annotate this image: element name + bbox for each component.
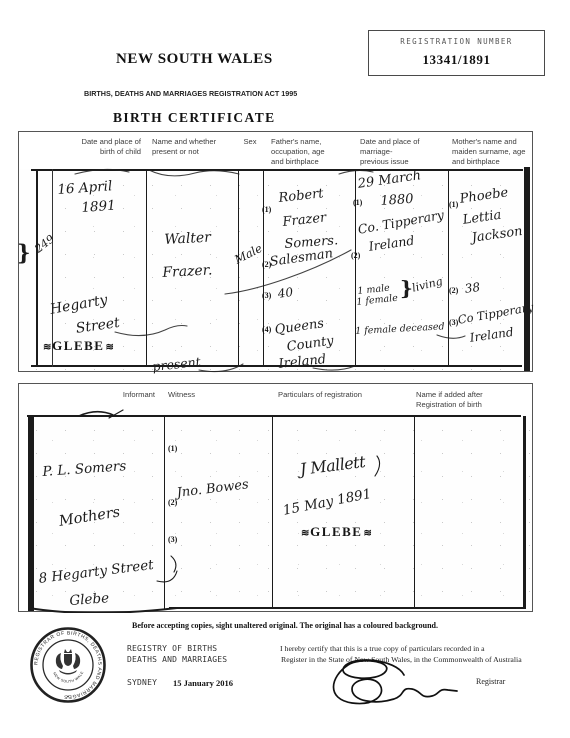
- registry-name-line-1: REGISTRY OF BIRTHS: [127, 644, 217, 653]
- col-header-father: Father's name, occupation, age and birth…: [271, 137, 325, 167]
- scan2-frame-right: [523, 416, 526, 609]
- certificate-issue-date: 15 January 2016: [173, 678, 233, 688]
- margin-bracket-mark: }: [17, 242, 31, 263]
- scan-dark-edge-right: [524, 167, 530, 371]
- column-line-2: [238, 169, 239, 367]
- registrar-label: Registrar: [476, 677, 505, 686]
- father-marker-1: (1): [262, 205, 271, 214]
- col-header-informant: Informant: [85, 390, 155, 400]
- col-header-mother: Mother's name and maiden surname, age an…: [452, 137, 525, 167]
- col-header-witness: Witness: [168, 390, 195, 400]
- act-title: BIRTHS, DEATHS AND MARRIAGES REGISTRATIO…: [84, 89, 297, 98]
- document-title: BIRTH CERTIFICATE: [113, 110, 276, 126]
- mother-marker-2: (2): [449, 286, 458, 295]
- column-line-5: [448, 169, 449, 367]
- father-marker-4: (4): [262, 325, 271, 334]
- birth-certificate-page: REGISTRATION NUMBER 13341/1891 NEW SOUTH…: [0, 0, 570, 738]
- birth-date-year: 1891: [81, 200, 116, 216]
- col-header-marriage: Date and place of marriage- previous iss…: [360, 137, 420, 167]
- birth-details-table: Date and place of birth of child Name an…: [18, 131, 533, 372]
- registration-number-label: REGISTRATION NUMBER: [369, 37, 544, 46]
- registration-number-value: 13341/1891: [369, 52, 544, 68]
- marriage-marker-2: (2): [351, 251, 360, 260]
- registrar-signature-2016: [300, 653, 465, 715]
- witness-marker-1: (1): [168, 444, 177, 453]
- informant-address-2: Glebe: [69, 592, 110, 608]
- column-line-1: [146, 169, 147, 367]
- marriage-date-year: 1880: [380, 193, 414, 208]
- glebe-stamp-registration: GLEBE: [301, 524, 372, 540]
- witness-marker-3: (3): [168, 535, 177, 544]
- state-title: NEW SOUTH WALES: [116, 51, 273, 68]
- marriage-marker-1: (1): [353, 198, 362, 207]
- scan2-frame-top: [27, 415, 521, 417]
- certification-statement-line-1: I hereby certify that this is a true cop…: [280, 644, 485, 653]
- child-first-name: Walter: [164, 231, 211, 247]
- scan2-column-line-2: [272, 416, 273, 609]
- registration-number-box: REGISTRATION NUMBER 13341/1891: [368, 30, 545, 76]
- col-header-sex: Sex: [237, 137, 263, 147]
- father-marker-3: (3): [262, 291, 271, 300]
- col-header-particulars: Particulars of registration: [278, 390, 362, 400]
- witness-marker-2: (2): [168, 498, 177, 507]
- col-header-name-added: Name if added after Registration of birt…: [416, 390, 483, 410]
- glebe-stamp-birthplace: GLEBE: [43, 338, 114, 354]
- registry-name-line-2: DEATHS AND MARRIAGES: [127, 655, 227, 664]
- scan2-column-line-3: [414, 416, 415, 609]
- col-header-child-name: Name and whether present or not: [152, 137, 216, 157]
- scan2-dark-edge-left: [28, 415, 34, 611]
- scan2-column-line-1: [164, 416, 165, 609]
- scan-frame-left: [36, 169, 38, 367]
- col-header-birth-date-place: Date and place of birth of child: [49, 137, 141, 157]
- registrar-seal: REGISTRAR OF BIRTHS, DEATHS AND MARRIAGE…: [28, 624, 108, 706]
- father-age: 40: [277, 286, 294, 300]
- scan2-frame-bottom: [169, 607, 524, 609]
- registration-details-table: Informant Witness Particulars of registr…: [18, 383, 533, 612]
- mother-marker-1: (1): [449, 200, 458, 209]
- registry-city: SYDNEY: [127, 678, 157, 687]
- mother-age: 38: [464, 281, 481, 295]
- child-surname: Frazer.: [162, 263, 213, 280]
